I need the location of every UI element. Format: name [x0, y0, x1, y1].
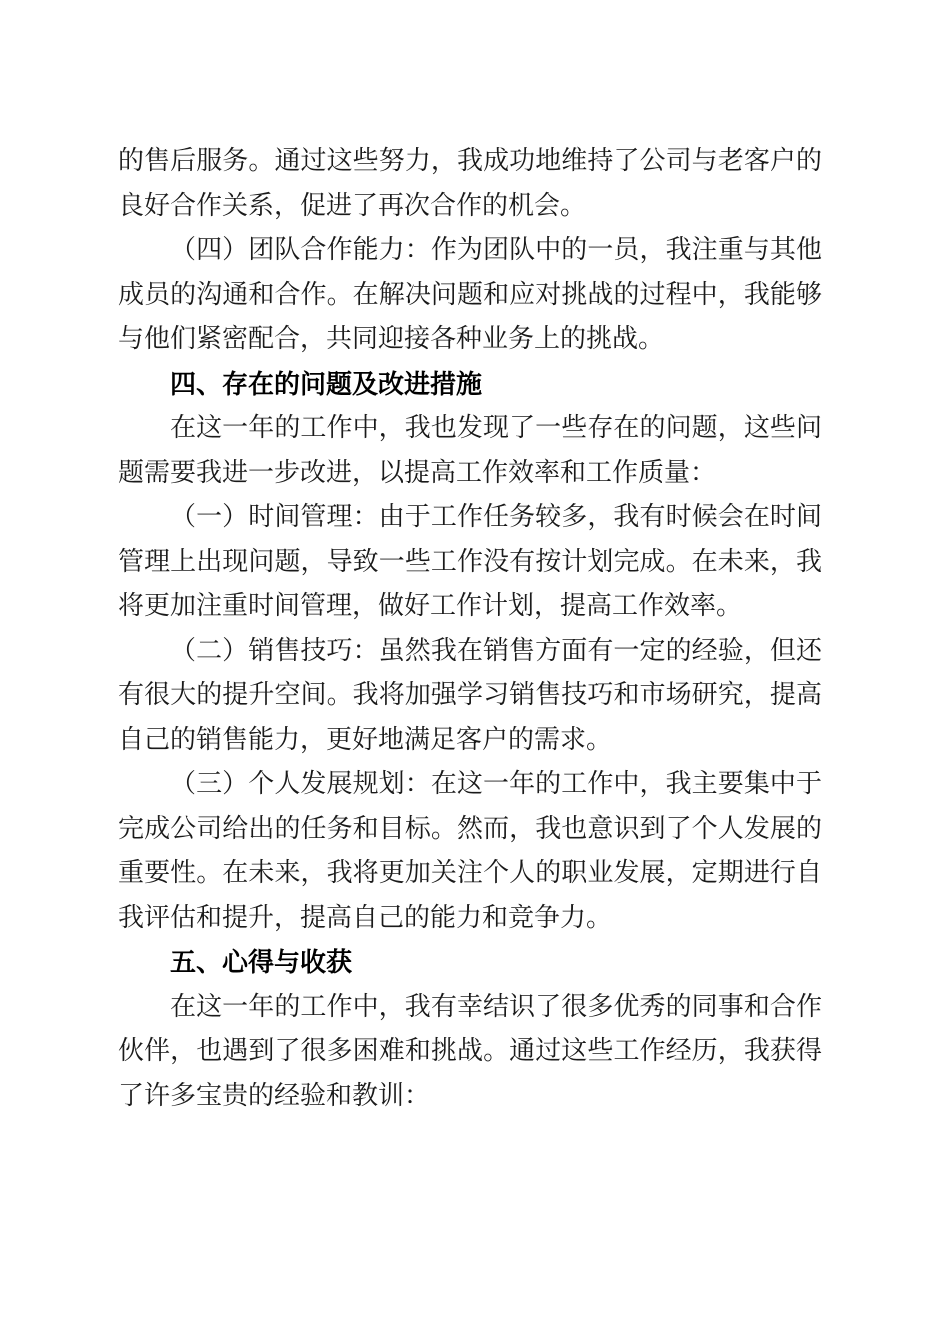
text-line: （一）时间管理：由于工作任务较多，我有时候会在时间 [118, 495, 822, 540]
text-line: 完成公司给出的任务和目标。然而，我也意识到了个人发展的 [118, 807, 822, 852]
text-line: 自己的销售能力，更好地满足客户的需求。 [118, 718, 822, 763]
text-line: 在这一年的工作中，我也发现了一些存在的问题，这些问 [118, 406, 822, 451]
text-line: 了许多宝贵的经验和教训： [118, 1074, 822, 1119]
section-heading-takeaways: 五、心得与收获 [118, 940, 822, 985]
text-line: 重要性。在未来，我将更加关注个人的职业发展，定期进行自 [118, 851, 822, 896]
text-line: 有很大的提升空间。我将加强学习销售技巧和市场研究，提高 [118, 673, 822, 718]
text-line: （三）个人发展规划：在这一年的工作中，我主要集中于 [118, 762, 822, 807]
section-heading-problems: 四、存在的问题及改进措施 [118, 362, 822, 407]
text-line: 将更加注重时间管理，做好工作计划，提高工作效率。 [118, 584, 822, 629]
text-line: 我评估和提升，提高自己的能力和竞争力。 [118, 896, 822, 941]
text-line: 在这一年的工作中，我有幸结识了很多优秀的同事和合作 [118, 985, 822, 1030]
text-line: 的售后服务。通过这些努力，我成功地维持了公司与老客户的 [118, 139, 822, 184]
text-line: 伙伴，也遇到了很多困难和挑战。通过这些工作经历，我获得 [118, 1029, 822, 1074]
text-line: （四）团队合作能力：作为团队中的一员，我注重与其他 [118, 228, 822, 273]
text-line: 成员的沟通和合作。在解决问题和应对挑战的过程中，我能够 [118, 273, 822, 318]
document-page: 的售后服务。通过这些努力，我成功地维持了公司与老客户的 良好合作关系，促进了再次… [0, 0, 950, 1344]
text-line: （二）销售技巧：虽然我在销售方面有一定的经验，但还 [118, 629, 822, 674]
text-line: 题需要我进一步改进，以提高工作效率和工作质量： [118, 451, 822, 496]
text-line: 管理上出现问题，导致一些工作没有按计划完成。在未来，我 [118, 540, 822, 585]
text-column: 的售后服务。通过这些努力，我成功地维持了公司与老客户的 良好合作关系，促进了再次… [118, 139, 822, 1118]
text-line: 与他们紧密配合，共同迎接各种业务上的挑战。 [118, 317, 822, 362]
text-line: 良好合作关系，促进了再次合作的机会。 [118, 184, 822, 229]
